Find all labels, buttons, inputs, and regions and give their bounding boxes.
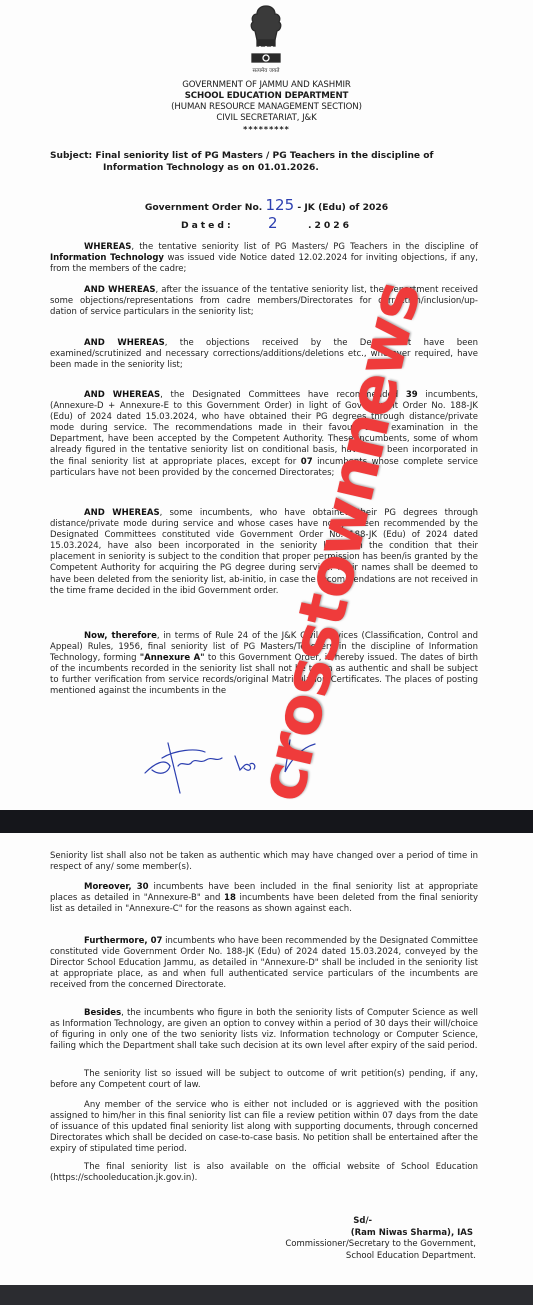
office-location: CIVIL SECRETARIAT, J&K	[0, 113, 533, 124]
signatory-designation: Commissioner/Secretary to the Government…	[285, 1239, 476, 1251]
signatory-name: (Ram Niwas Sharma), IAS	[285, 1228, 473, 1240]
section-name: (HUMAN RESOURCE MANAGEMENT SECTION)	[0, 102, 533, 113]
order-number-suffix: - JK (Edu) of 2026	[297, 202, 388, 213]
svg-text:सत्यमेव जयते: सत्यमेव जयते	[252, 67, 280, 74]
letterhead: GOVERNMENT OF JAMMU AND KASHMIR SCHOOL E…	[0, 80, 533, 135]
order-number: Government Order No. 125 - JK (Edu) of 2…	[0, 196, 533, 214]
order-date-handwritten: 2	[268, 214, 278, 232]
govt-name: GOVERNMENT OF JAMMU AND KASHMIR	[0, 80, 533, 91]
order-date-year: .2026	[308, 220, 352, 231]
page-separator	[0, 810, 533, 833]
national-emblem-icon: सत्यमेव जयते	[240, 2, 292, 76]
paragraph-whereas-3: AND WHEREAS, the objections received by …	[50, 338, 478, 371]
signatory-department: School Education Department.	[285, 1251, 476, 1263]
paragraph-moreover: Moreover, 30 incumbents have been includ…	[50, 882, 478, 915]
sd-mark: Sd/-	[285, 1216, 448, 1228]
paragraph-whereas-4: AND WHEREAS, the Designated Committees h…	[50, 390, 478, 479]
subject-text-2: Information Technology as on 01.01.2026.	[50, 162, 480, 174]
bottom-bar	[0, 1285, 533, 1305]
subject-line: Subject: Final seniority list of PG Mast…	[50, 150, 480, 174]
paragraph-writ-petition: The seniority list so issued will be sub…	[50, 1069, 478, 1091]
paragraph-review-petition: Any member of the service who is either …	[50, 1100, 478, 1155]
paragraph-website: The final seniority list is also availab…	[50, 1162, 478, 1184]
paragraph-besides: Besides, the incumbents who figure in bo…	[50, 1008, 478, 1052]
order-date-label: Dated:	[181, 220, 234, 231]
paragraph-whereas-5: AND WHEREAS, some incumbents, who have o…	[50, 508, 478, 597]
paragraph-continued: Seniority list shall also not be taken a…	[50, 851, 478, 873]
paragraph-now-therefore: Now, therefore, in terms of Rule 24 of t…	[50, 631, 478, 698]
subject-label: Subject:	[50, 151, 92, 161]
header-divider: *********	[0, 124, 533, 135]
paragraph-whereas-1: WHEREAS, the tentative seniority list of…	[50, 242, 478, 275]
order-date: Dated: 2 .2026	[0, 214, 533, 232]
paragraph-furthermore: Furthermore, 07 incumbents who have been…	[50, 936, 478, 991]
department-name: SCHOOL EDUCATION DEPARTMENT	[0, 91, 533, 102]
order-number-label: Government Order No.	[145, 202, 262, 213]
signature-block: Sd/- (Ram Niwas Sharma), IAS Commissione…	[285, 1216, 476, 1262]
paragraph-whereas-2: AND WHEREAS, after the issuance of the t…	[50, 285, 478, 318]
subject-text-1: Final seniority list of PG Masters / PG …	[95, 151, 433, 161]
handwritten-signature	[140, 738, 360, 798]
order-number-handwritten: 125	[265, 196, 294, 214]
